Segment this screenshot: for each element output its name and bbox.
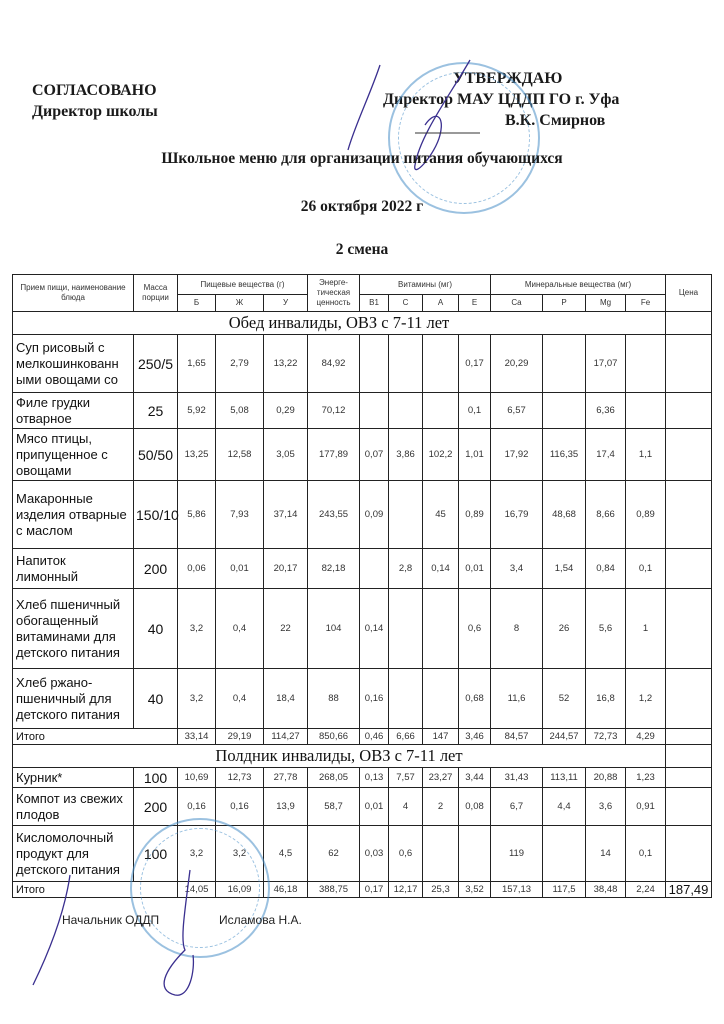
value-a: 23,27 [423, 768, 459, 788]
approval-left: СОГЛАСОВАНО Директор школы [32, 80, 158, 122]
total-zh: 29,19 [216, 729, 264, 745]
total-price [666, 729, 712, 745]
value-e: 0,1 [459, 393, 491, 429]
footer-position: Начальник ОДДП [62, 913, 159, 927]
value-mg: 3,6 [586, 788, 626, 826]
value-price [666, 669, 712, 729]
value-fe [626, 335, 666, 393]
menu-table: Прием пищи, наименование блюда Масса пор… [12, 274, 712, 898]
value-c [389, 393, 423, 429]
table-row: Хлеб пшеничный обогащенный витаминами дл… [13, 589, 712, 669]
value-u: 18,4 [264, 669, 308, 729]
value-p: 4,4 [543, 788, 586, 826]
subheader-cell: С [389, 295, 423, 312]
dish-mass: 25 [134, 393, 178, 429]
value-zh: 12,58 [216, 429, 264, 481]
dish-mass: 50/50 [134, 429, 178, 481]
value-e: 0,17 [459, 335, 491, 393]
value-zh: 12,73 [216, 768, 264, 788]
value-fe: 1,1 [626, 429, 666, 481]
total-u: 114,27 [264, 729, 308, 745]
value-b: 13,25 [178, 429, 216, 481]
value-p: 26 [543, 589, 586, 669]
total-ca: 157,13 [491, 882, 543, 898]
dish-name: Суп рисовый с мелкошинкованн ыми овощами… [13, 335, 134, 393]
value-c [389, 669, 423, 729]
subheader-cell: Ca [491, 295, 543, 312]
value-mg: 5,6 [586, 589, 626, 669]
value-energy: 62 [308, 826, 360, 882]
section-header-row: Полдник инвалиды, ОВЗ с 7-11 лет [13, 745, 712, 768]
value-mg: 17,4 [586, 429, 626, 481]
total-b: 14,05 [178, 882, 216, 898]
value-energy: 70,12 [308, 393, 360, 429]
header-mass: Масса порции [134, 275, 178, 312]
total-a: 147 [423, 729, 459, 745]
value-energy: 104 [308, 589, 360, 669]
value-price [666, 429, 712, 481]
price-cell [666, 745, 712, 768]
value-c: 3,86 [389, 429, 423, 481]
value-ca: 6,57 [491, 393, 543, 429]
value-fe: 0,1 [626, 826, 666, 882]
value-e: 0,89 [459, 481, 491, 549]
dish-name: Кисломолочный продукт для детского питан… [13, 826, 134, 882]
value-price [666, 589, 712, 669]
table-row: Хлеб ржано-пшеничный для детского питани… [13, 669, 712, 729]
dish-mass: 200 [134, 549, 178, 589]
value-mg: 6,36 [586, 393, 626, 429]
value-p: 116,35 [543, 429, 586, 481]
table-row: Филе грудки отварное255,925,080,2970,120… [13, 393, 712, 429]
subheader-cell: Ж [216, 295, 264, 312]
value-mg: 8,66 [586, 481, 626, 549]
value-e [459, 826, 491, 882]
approval-left-title: СОГЛАСОВАНО [32, 80, 158, 101]
value-zh: 0,4 [216, 589, 264, 669]
dish-name: Напиток лимонный [13, 549, 134, 589]
table-row: Макаронные изделия отварные с маслом150/… [13, 481, 712, 549]
table-row: Суп рисовый с мелкошинкованн ыми овощами… [13, 335, 712, 393]
header-energy: Энерге-тическая ценность [308, 275, 360, 312]
value-fe: 1 [626, 589, 666, 669]
value-ca: 16,79 [491, 481, 543, 549]
total-fe: 2,24 [626, 882, 666, 898]
dish-mass: 40 [134, 589, 178, 669]
value-zh: 0,4 [216, 669, 264, 729]
value-e: 0,68 [459, 669, 491, 729]
value-a [423, 669, 459, 729]
value-ca: 20,29 [491, 335, 543, 393]
approval-right-role: Директор МАУ ЦДДП ГО г. Уфа [383, 89, 643, 110]
section-header-row: Обед инвалиды, ОВЗ с 7-11 лет [13, 312, 712, 335]
value-ca: 119 [491, 826, 543, 882]
total-row: Итого14,0516,0946,18388,750,1712,1725,33… [13, 882, 712, 898]
total-zh: 16,09 [216, 882, 264, 898]
value-c: 4 [389, 788, 423, 826]
value-u: 20,17 [264, 549, 308, 589]
value-energy: 84,92 [308, 335, 360, 393]
total-energy: 850,66 [308, 729, 360, 745]
value-fe: 0,89 [626, 481, 666, 549]
value-energy: 268,05 [308, 768, 360, 788]
value-e: 0,01 [459, 549, 491, 589]
value-p [543, 826, 586, 882]
total-mg: 72,73 [586, 729, 626, 745]
value-price [666, 335, 712, 393]
value-energy: 58,7 [308, 788, 360, 826]
subheader-cell: P [543, 295, 586, 312]
value-mg: 17,07 [586, 335, 626, 393]
value-mg: 16,8 [586, 669, 626, 729]
total-b: 33,14 [178, 729, 216, 745]
value-c: 0,6 [389, 826, 423, 882]
value-zh: 7,93 [216, 481, 264, 549]
value-fe: 0,91 [626, 788, 666, 826]
value-b: 3,2 [178, 826, 216, 882]
value-b1: 0,07 [360, 429, 389, 481]
value-c [389, 589, 423, 669]
value-price [666, 788, 712, 826]
table-row: Курник*10010,6912,7327,78268,050,137,572… [13, 768, 712, 788]
subheader-cell: Б [178, 295, 216, 312]
total-mg: 38,48 [586, 882, 626, 898]
value-price [666, 549, 712, 589]
subheader-cell: Fe [626, 295, 666, 312]
value-b1: 0,01 [360, 788, 389, 826]
value-mg: 0,84 [586, 549, 626, 589]
table-row: Напиток лимонный2000,060,0120,1782,182,8… [13, 549, 712, 589]
dish-mass: 250/5 [134, 335, 178, 393]
value-b: 5,92 [178, 393, 216, 429]
total-row: Итого33,1429,19114,27850,660,466,661473,… [13, 729, 712, 745]
price-cell [666, 312, 712, 335]
value-a: 102,2 [423, 429, 459, 481]
value-b1: 0,16 [360, 669, 389, 729]
total-p: 244,57 [543, 729, 586, 745]
value-fe: 1,2 [626, 669, 666, 729]
value-energy: 243,55 [308, 481, 360, 549]
approval-right-name: В.К. Смирнов [383, 110, 643, 131]
value-ca: 31,43 [491, 768, 543, 788]
value-zh: 3,2 [216, 826, 264, 882]
approval-right: УТВЕРЖДАЮ Директор МАУ ЦДДП ГО г. Уфа В.… [383, 68, 643, 131]
dish-mass: 150/10 [134, 481, 178, 549]
total-e: 3,46 [459, 729, 491, 745]
value-u: 37,14 [264, 481, 308, 549]
value-a [423, 393, 459, 429]
value-c [389, 335, 423, 393]
total-u: 46,18 [264, 882, 308, 898]
value-p: 1,54 [543, 549, 586, 589]
value-zh: 2,79 [216, 335, 264, 393]
value-price [666, 768, 712, 788]
value-p [543, 335, 586, 393]
total-e: 3,52 [459, 882, 491, 898]
value-a [423, 589, 459, 669]
value-u: 22 [264, 589, 308, 669]
page-title: Школьное меню для организации питания об… [0, 150, 724, 168]
value-b: 0,16 [178, 788, 216, 826]
value-c: 2,8 [389, 549, 423, 589]
value-a: 2 [423, 788, 459, 826]
total-fe: 4,29 [626, 729, 666, 745]
section-title: Полдник инвалиды, ОВЗ с 7-11 лет [13, 745, 666, 768]
total-c: 6,66 [389, 729, 423, 745]
value-b: 1,65 [178, 335, 216, 393]
header-nutrients: Пищевые вещества (г) [178, 275, 308, 295]
value-u: 27,78 [264, 768, 308, 788]
subheader-cell: В1 [360, 295, 389, 312]
value-e: 0,08 [459, 788, 491, 826]
value-p: 52 [543, 669, 586, 729]
value-b1: 0,14 [360, 589, 389, 669]
total-energy: 388,75 [308, 882, 360, 898]
value-a: 45 [423, 481, 459, 549]
value-b1: 0,13 [360, 768, 389, 788]
value-u: 4,5 [264, 826, 308, 882]
value-b1: 0,03 [360, 826, 389, 882]
value-a [423, 826, 459, 882]
value-p: 113,11 [543, 768, 586, 788]
value-ca: 11,6 [491, 669, 543, 729]
value-u: 13,22 [264, 335, 308, 393]
value-c: 7,57 [389, 768, 423, 788]
value-price [666, 481, 712, 549]
value-b: 0,06 [178, 549, 216, 589]
value-mg: 20,88 [586, 768, 626, 788]
value-fe: 1,23 [626, 768, 666, 788]
menu-date: 26 октября 2022 г [0, 198, 724, 216]
total-ca: 84,57 [491, 729, 543, 745]
header-vitamins: Витамины (мг) [360, 275, 491, 295]
dish-name: Хлеб пшеничный обогащенный витаминами дл… [13, 589, 134, 669]
subheader-cell: А [423, 295, 459, 312]
value-b1 [360, 549, 389, 589]
value-zh: 0,16 [216, 788, 264, 826]
dish-name: Филе грудки отварное [13, 393, 134, 429]
header-meal: Прием пищи, наименование блюда [13, 275, 134, 312]
value-zh: 0,01 [216, 549, 264, 589]
value-p: 48,68 [543, 481, 586, 549]
subheader-cell: У [264, 295, 308, 312]
section-title: Обед инвалиды, ОВЗ с 7-11 лет [13, 312, 666, 335]
dish-name: Макаронные изделия отварные с маслом [13, 481, 134, 549]
value-energy: 82,18 [308, 549, 360, 589]
value-a: 0,14 [423, 549, 459, 589]
subheader-cell: Mg [586, 295, 626, 312]
value-a [423, 335, 459, 393]
dish-mass: 40 [134, 669, 178, 729]
value-u: 13,9 [264, 788, 308, 826]
value-b1 [360, 393, 389, 429]
value-price [666, 393, 712, 429]
dish-mass: 100 [134, 826, 178, 882]
dish-name: Мясо птицы, припущенное с овощами [13, 429, 134, 481]
header-minerals: Минеральные вещества (мг) [491, 275, 666, 295]
total-a: 25,3 [423, 882, 459, 898]
total-p: 117,5 [543, 882, 586, 898]
value-u: 0,29 [264, 393, 308, 429]
dish-name: Хлеб ржано-пшеничный для детского питани… [13, 669, 134, 729]
dish-name: Курник* [13, 768, 134, 788]
value-zh: 5,08 [216, 393, 264, 429]
dish-mass: 100 [134, 768, 178, 788]
value-ca: 6,7 [491, 788, 543, 826]
value-e: 3,44 [459, 768, 491, 788]
approval-left-role: Директор школы [32, 101, 158, 122]
total-c: 12,17 [389, 882, 423, 898]
value-ca: 3,4 [491, 549, 543, 589]
table-row: Мясо птицы, припущенное с овощами50/5013… [13, 429, 712, 481]
table-row: Кисломолочный продукт для детского питан… [13, 826, 712, 882]
total-label: Итого [13, 729, 178, 745]
value-b: 3,2 [178, 589, 216, 669]
value-energy: 177,89 [308, 429, 360, 481]
table-row: Компот из свежих плодов2000,160,1613,958… [13, 788, 712, 826]
value-ca: 8 [491, 589, 543, 669]
total-b1: 0,17 [360, 882, 389, 898]
value-mg: 14 [586, 826, 626, 882]
value-energy: 88 [308, 669, 360, 729]
value-b: 5,86 [178, 481, 216, 549]
shift-label: 2 смена [0, 241, 724, 259]
value-fe [626, 393, 666, 429]
subheader-cell: Е [459, 295, 491, 312]
value-price [666, 826, 712, 882]
value-u: 3,05 [264, 429, 308, 481]
total-label: Итого [13, 882, 178, 898]
value-e: 0,6 [459, 589, 491, 669]
value-b: 10,69 [178, 768, 216, 788]
value-b1: 0,09 [360, 481, 389, 549]
value-b: 3,2 [178, 669, 216, 729]
value-e: 1,01 [459, 429, 491, 481]
header-price: Цена [666, 275, 712, 312]
value-b1 [360, 335, 389, 393]
dish-name: Компот из свежих плодов [13, 788, 134, 826]
value-c [389, 481, 423, 549]
value-fe: 0,1 [626, 549, 666, 589]
dish-mass: 200 [134, 788, 178, 826]
total-b1: 0,46 [360, 729, 389, 745]
footer-person: Исламова Н.А. [219, 913, 302, 927]
value-ca: 17,92 [491, 429, 543, 481]
approval-right-title: УТВЕРЖДАЮ [383, 68, 643, 89]
total-price: 187,49 [666, 882, 712, 898]
value-p [543, 393, 586, 429]
